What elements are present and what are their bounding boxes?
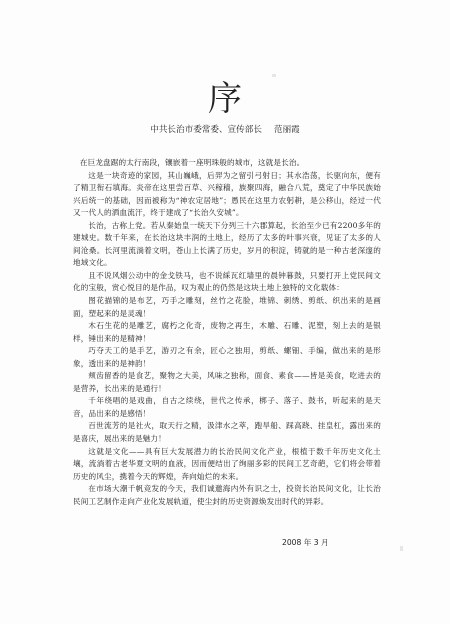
paragraph: 且不说风烟公动中的金戈铁马，也不说綵瓦红墙里的晨钟暮鼓，只要打开上党民间文化的宝… xyxy=(73,270,381,295)
paragraph: 巧夺天工的是手艺，游刃之有余，匠心之独用，剪纸、螺钿、手编，做出来的是形象，透出… xyxy=(73,345,381,370)
paragraph: 颊齿留香的是食艺，聚物之大美，风味之独称，面食、素食——皆是美食，吃进去的是营养… xyxy=(73,370,381,395)
author-byline: 中共长治市委常委、宣传部长范丽霞 xyxy=(0,126,450,135)
author-name: 范丽霞 xyxy=(274,125,300,135)
paragraph: 在市场大潮千帆竞发的今天，我们诚邀海内外有识之士，投资长治民间文化，让长治民间工… xyxy=(73,483,381,508)
paragraph: 这就是文化——具有巨大发展潜力的长治民间文化产业，根植于数千年历史文化土壤，流淌… xyxy=(73,446,381,484)
paragraph: 木石生花的是雕艺，腐朽之化奇，废物之再生，木雕、石雕、泥塑，刻上去的是银样，锤出… xyxy=(73,320,381,345)
paragraph: 在巨龙盘踞的太行南段，镶嵌着一座明珠般的城市，这就是长治。 xyxy=(73,157,381,170)
paragraph: 千年绕唱的是戏曲，自古之续绕，世代之传承，梆子、落子、鼓书，听起来的是天音，品出… xyxy=(73,395,381,420)
document-page: 序 中共长治市委常委、宣传部长范丽霞 在巨龙盘踞的太行南段，镶嵌着一座明珠般的城… xyxy=(0,0,450,624)
preface-body: 在巨龙盘踞的太行南段，镶嵌着一座明珠般的城市，这就是长治。 这是一块奇迹的家园，… xyxy=(73,157,381,508)
scan-artifact xyxy=(272,74,276,77)
paragraph: 长治，古称上党。若从秦始皇一统天下分列三十六郡算起，长治至少已有2200多年的建… xyxy=(73,220,381,270)
author-position: 中共长治市委常委、宣传部长 xyxy=(150,125,262,135)
document-date: 2008 年 3 月 xyxy=(282,537,329,548)
paragraph: 百世流芳的是社火，取天行之精，汲津水之萃，跑旱船、踩高跷、挂皇杠，露出来的是喜庆… xyxy=(73,420,381,445)
scan-artifact xyxy=(400,546,403,551)
paragraph: 图花描锦的是布艺，巧手之雕刻，丝竹之花脸，堆锦、刺绣、剪纸、织出来的是画面，塑起… xyxy=(73,295,381,320)
paragraph: 这是一块奇迹的家园，其山巍峨，后羿为之留引弓射日；其水浩荡，长驱向东，便有了精卫… xyxy=(73,170,381,220)
preface-title: 序 xyxy=(0,82,450,116)
